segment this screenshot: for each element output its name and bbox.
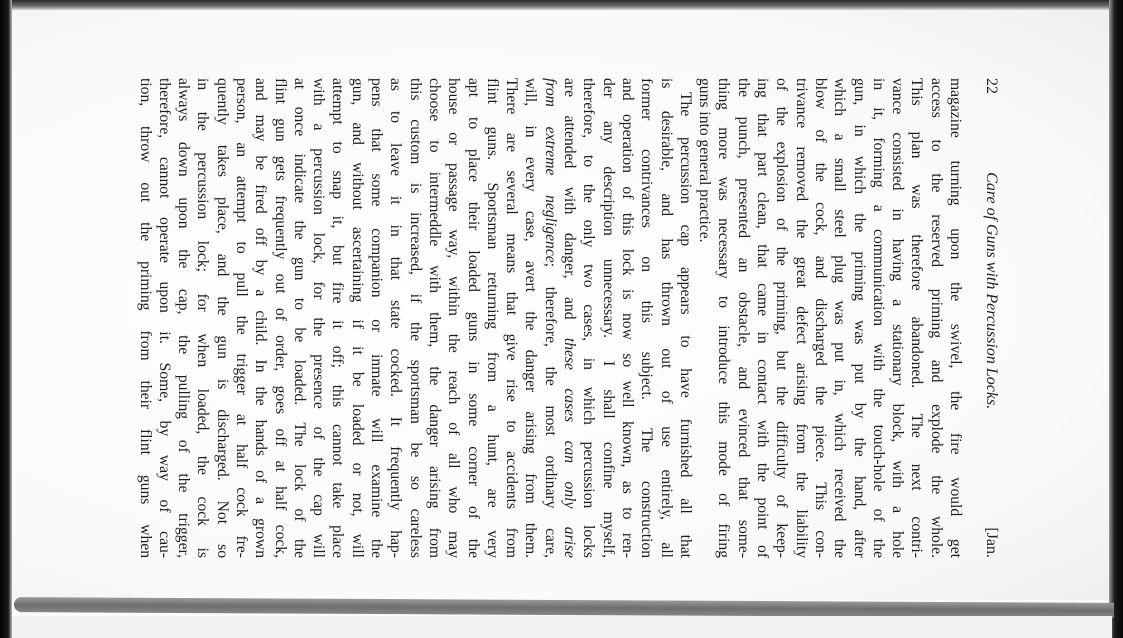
text-line: is desirable, and has thrown out of use … — [656, 78, 675, 558]
text-line: house or passage way, within the reach o… — [444, 78, 463, 558]
running-head: 22 Care of Guns with Percussion Locks. [… — [979, 78, 1003, 558]
text-line: person, an attempt to pull the trigger a… — [232, 78, 251, 558]
text-line: always down upon the cap, the pulling of… — [174, 78, 193, 558]
running-date: [Jan. — [979, 527, 1003, 558]
rotated-page-content: 22 Care of Guns with Percussion Locks. [… — [123, 78, 1003, 558]
text-line: will, in every case, avert the danger ar… — [521, 78, 540, 558]
text-line: in it, forming a communication with the … — [869, 78, 888, 558]
next-page-edge — [12, 616, 1112, 638]
text-line: and operation of this lock is now so wel… — [618, 78, 637, 558]
text-line: at once indicate the gun to be loaded. T… — [290, 78, 309, 558]
text-line: gun, in which the priming was put by the… — [849, 78, 868, 558]
text-line: which a small steel plug was put in, whi… — [830, 78, 849, 558]
text-line: attempt to snap it, but fire it off; thi… — [328, 78, 347, 558]
text-line: guns into general practice. — [695, 78, 714, 558]
text-line: gun, and without ascertaining if it be l… — [348, 78, 367, 558]
text-line: thing more was necessary to introduce th… — [714, 78, 733, 558]
text-line: and may be fired off by a child. In the … — [251, 78, 270, 558]
text-line: There are several means that give rise t… — [502, 78, 521, 558]
text-line: magazine turning upon the swivel, the fi… — [946, 78, 965, 558]
text-line: in the percussion lock; for when loaded,… — [193, 78, 212, 558]
text-line: blow of the cock, and discharged the pie… — [811, 78, 830, 558]
text-line: tion, throw out the priming from their f… — [135, 78, 154, 558]
italic-emphasis: from extreme negligence — [542, 78, 559, 263]
text-line: flint guns. Sportsman returning from a h… — [483, 78, 502, 558]
text-line: therefore, to the only two cases, in whi… — [579, 78, 598, 558]
italic-emphasis: these cases can only arise — [561, 338, 578, 558]
text-line: trivance removed the great defect arisin… — [791, 78, 810, 558]
text-line: choose to intermeddle with them, the dan… — [425, 78, 444, 558]
text-line: pens that some companion or inmate will … — [367, 78, 386, 558]
text-line: vance consisted in having a stationary b… — [888, 78, 907, 558]
running-title: Care of Guns with Percussion Locks. — [979, 94, 1003, 527]
body-text: magazine turning upon the swivel, the fi… — [135, 78, 965, 558]
text-line: therefore, cannot operate upon it. Some,… — [155, 78, 174, 558]
text-line: former contrivances on this subject. The… — [637, 78, 656, 558]
text-line: the punch, presented an obstacle, and ev… — [733, 78, 752, 558]
scan-right-edge — [1109, 0, 1123, 638]
text-line: as to leave it in that state cocked. It … — [386, 78, 405, 558]
text-line: apt to place their loaded guns in some c… — [463, 78, 482, 558]
text-line: der any description unnecessary. I shall… — [598, 78, 617, 558]
text-line: flint gun gets frequently out of order, … — [270, 78, 289, 558]
text-line: ing that part clean, that came in contac… — [753, 78, 772, 558]
scan-left-edge — [0, 0, 12, 638]
text-line: this custom is increased, if the sportsm… — [405, 78, 424, 558]
text-line: access to the reserved priming and explo… — [926, 78, 945, 558]
text-line: The percussion cap appears to have furni… — [676, 78, 695, 558]
text-line: are attended with danger, and these case… — [560, 78, 579, 558]
text-line: This plan was therefore abandoned. The n… — [907, 78, 926, 558]
page-top-shadow — [0, 0, 1123, 10]
text-line: with a percussion lock, for the presence… — [309, 78, 328, 558]
page-number: 22 — [979, 78, 1003, 94]
text-line: of the explosion of the priming, but the… — [772, 78, 791, 558]
text-line: from extreme negligence; therefore, the … — [540, 78, 559, 558]
text-line: quently takes place, and the gun is disc… — [212, 78, 231, 558]
